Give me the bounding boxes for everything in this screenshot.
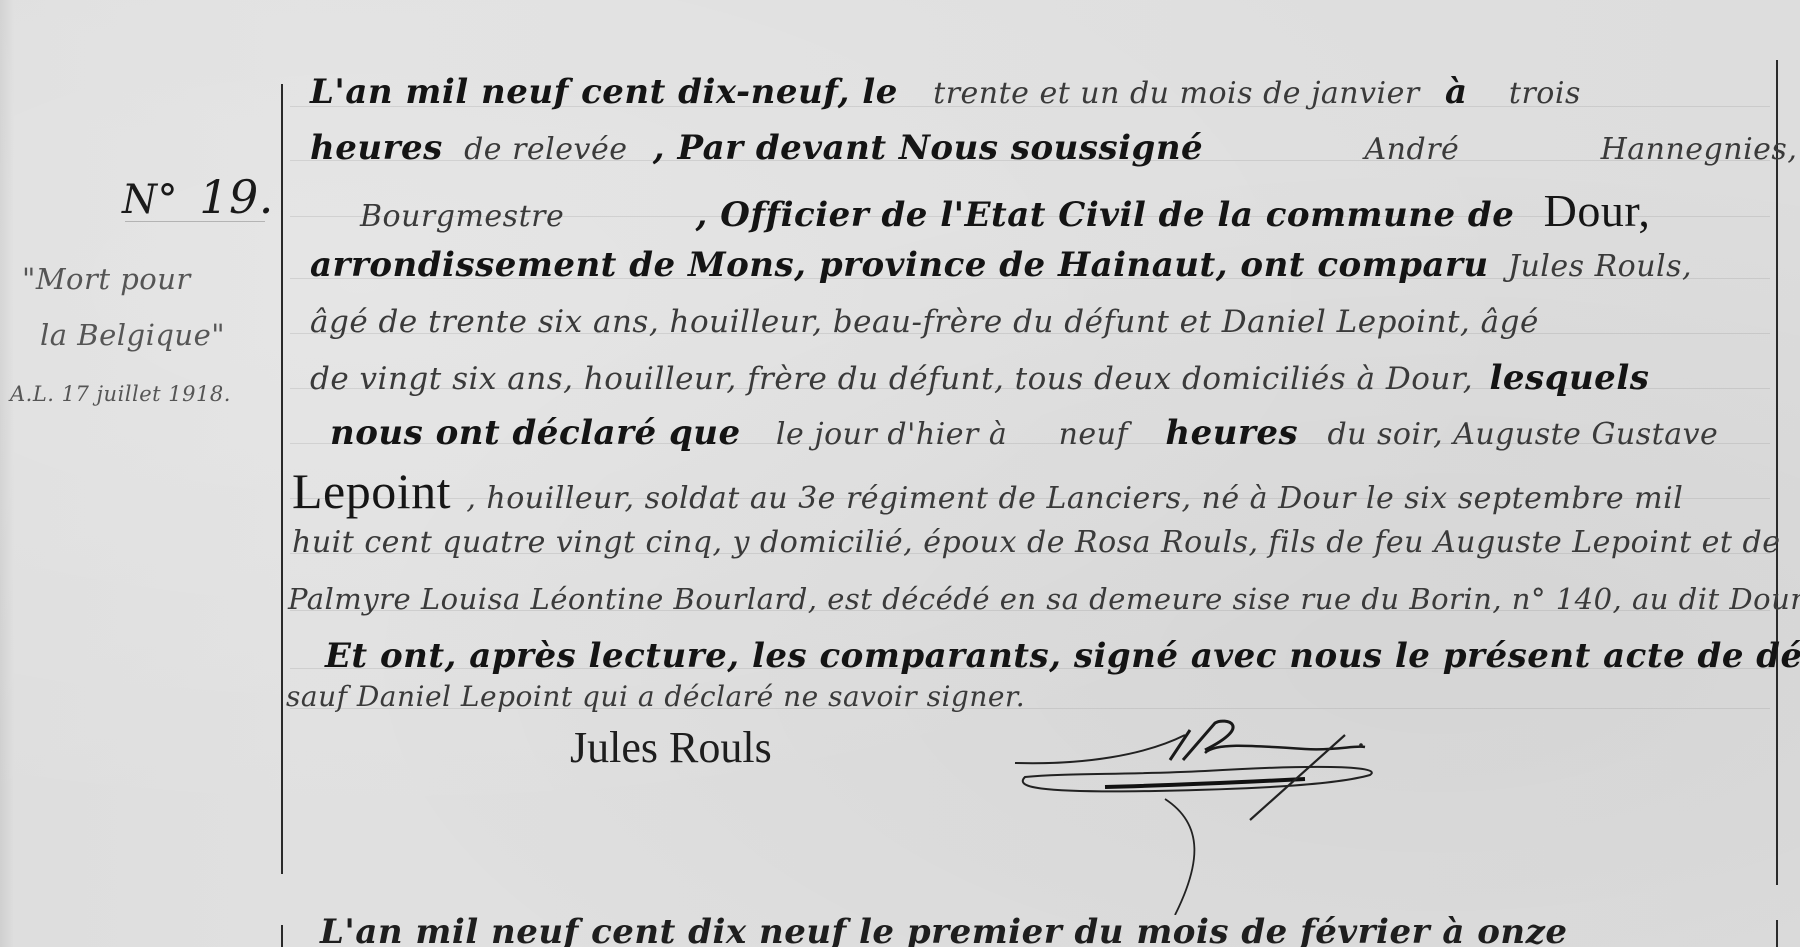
right-border-rule-next bbox=[1776, 920, 1778, 947]
body-line-4: arrondissement de Mons, province de Hain… bbox=[310, 245, 1692, 285]
act-number-underline bbox=[125, 221, 265, 222]
left-margin-rule-next bbox=[281, 925, 283, 947]
body-line-2: heures de relevée , Par devant Nous sous… bbox=[310, 128, 1797, 168]
body-line-1: L'an mil neuf cent dix-neuf, le trente e… bbox=[310, 72, 1581, 112]
deceased-surname: Lepoint bbox=[292, 463, 451, 519]
signature-officer: A. Hannegnies bbox=[1005, 715, 1385, 915]
annotation-line-1: "Mort pour bbox=[22, 262, 191, 296]
body-line-9: huit cent quatre vingt cinq, y domicilié… bbox=[292, 525, 1780, 560]
body-line-10: Palmyre Louisa Léontine Bourlard, est dé… bbox=[288, 582, 1800, 616]
act-number-label: N° bbox=[122, 177, 178, 223]
body-line-5: âgé de trente six ans, houilleur, beau-f… bbox=[310, 304, 1539, 340]
annotation-line-2: la Belgique" bbox=[40, 318, 225, 352]
annotation-line-3: A.L. 17 juillet 1918. bbox=[10, 382, 231, 406]
body-line-6: de vingt six ans, houilleur, frère du dé… bbox=[310, 358, 1649, 398]
body-line-7: nous ont déclaré que le jour d'hier à ne… bbox=[330, 413, 1718, 453]
body-line-12: sauf Daniel Lepoint qui a déclaré ne sav… bbox=[286, 680, 1025, 713]
body-line-3: Bourgmestre , Officier de l'Etat Civil d… bbox=[360, 184, 1650, 237]
next-act-line: L'an mil neuf cent dix neuf le premier d… bbox=[320, 912, 1568, 947]
left-margin-rule bbox=[281, 84, 283, 874]
body-line-8: Lepoint , houilleur, soldat au 3e régime… bbox=[292, 462, 1683, 520]
act-number-value: 19. bbox=[199, 170, 274, 224]
commune-name: Dour, bbox=[1544, 185, 1651, 236]
right-border-rule bbox=[1776, 60, 1778, 885]
body-line-11: Et ont, après lecture, les comparants, s… bbox=[325, 636, 1800, 676]
signature-witness: Jules Rouls bbox=[570, 722, 772, 773]
act-number: N° 19. bbox=[122, 170, 274, 224]
register-page: N° 19. "Mort pour la Belgique" A.L. 17 j… bbox=[0, 0, 1800, 947]
